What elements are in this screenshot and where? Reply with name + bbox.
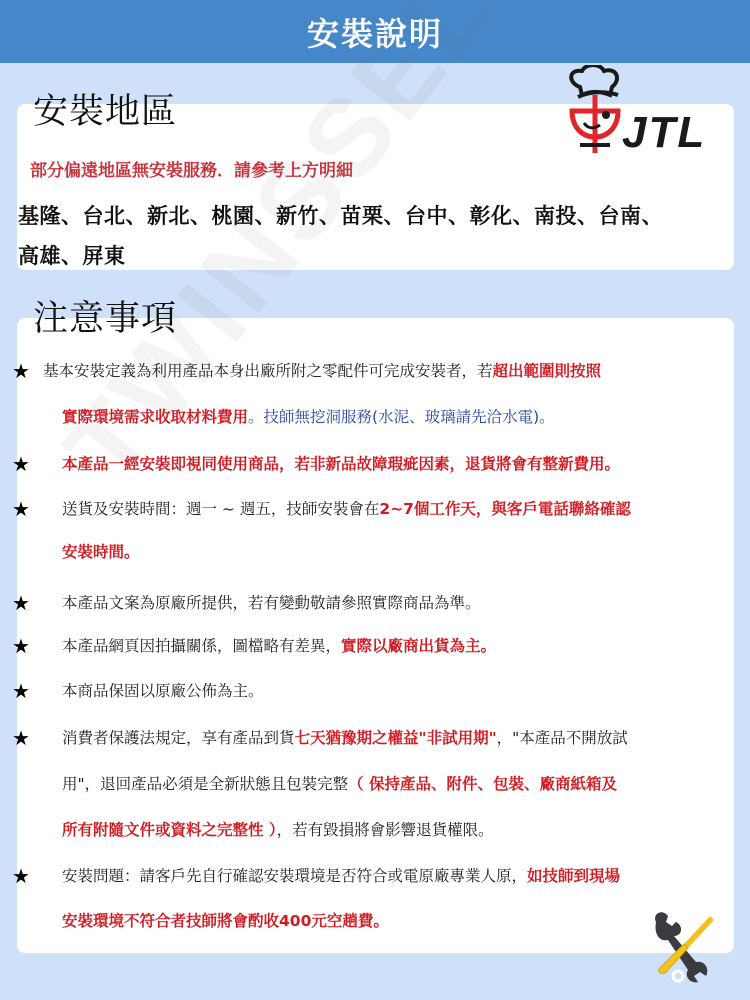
note-highlight: 超出範圍則按照 [493, 362, 602, 380]
chef-hat-icon [571, 65, 617, 95]
note-highlight: 所有附隨文件或資料之完整性 ） [62, 821, 277, 839]
note-highlight: 實際環境需求收取材料費用 [62, 408, 248, 426]
note-highlight: 本產品一經安裝即視同使用商品，若非新品故障瑕疵因素，退貨將會有整新費用。 [62, 455, 620, 473]
page-title: 安裝說明 [307, 9, 443, 55]
page-header: 安裝說明 [0, 0, 750, 63]
note-highlight: 2~7個工作天，與客戶電話聯絡確認 [379, 500, 631, 518]
star-icon: ★ [12, 632, 30, 660]
note-text: ，"本產品不開放試 [497, 729, 628, 747]
note-highlight: 七天猶豫期之權益"非試用期" [295, 729, 497, 747]
notes-title: 注意事項 [33, 291, 177, 341]
jtl-logo-text: JTL [622, 108, 706, 157]
note-text: 基本安裝定義為利用產品本身出廠所附之零配件可完成安裝者，若 [43, 362, 493, 380]
star-icon: ★ [12, 589, 30, 617]
note-text: 送貨及安裝時間：週一 ~ 週五，技師安裝會在 [62, 500, 379, 518]
note-text: 消費者保護法規定，享有產品到貨 [62, 729, 295, 747]
note-text: 。 [248, 408, 264, 426]
star-icon: ★ [12, 357, 30, 385]
note-highlight: 安裝環境不符合者技師將會酌收400元空趟費。 [62, 912, 389, 930]
star-icon: ★ [12, 495, 30, 523]
note-highlight: 安裝時間。 [62, 543, 140, 561]
star-icon: ★ [12, 724, 30, 752]
region-line-1: 基隆、台北、新北、桃園、新竹、苗栗、台中、彰化、南投、台南、 [18, 196, 734, 236]
install-area-note: 部分偏遠地區無安裝服務．請參考上方明細 [30, 156, 353, 181]
note-text: 安裝問題：請客戶先自行確認安裝環境是否符合或電原廠專業人原， [62, 867, 527, 885]
note-text: 本商品保固以原廠公佈為主。 [62, 682, 264, 700]
note-blue-text: 技師無挖洞服務(水泥、玻璃請先洽水電)。 [264, 408, 555, 426]
note-text: 本產品文案為原廠所提供，若有變動敬請參照實際商品為準。 [62, 594, 481, 612]
wrench-screwdriver-icon [648, 910, 718, 985]
note-text: ，若有毀損將會影響退貨權限。 [277, 821, 494, 839]
install-region-list: 基隆、台北、新北、桃園、新竹、苗栗、台中、彰化、南投、台南、 高雄、屏東 [18, 196, 734, 276]
star-icon: ★ [12, 862, 30, 890]
note-highlight: 如技師到現場 [527, 867, 620, 885]
note-highlight: （ 保持產品、附件、包裝、廠商紙箱及 [348, 775, 617, 793]
jtl-logo: JTL [560, 65, 735, 160]
star-icon: ★ [12, 450, 30, 478]
region-line-2: 高雄、屏東 [18, 236, 734, 276]
star-icon: ★ [12, 677, 30, 705]
note-text: 用"，退回產品必須是全新狀態且包裝完整 [62, 775, 348, 793]
note-highlight: 實際以廠商出貨為主。 [341, 637, 496, 655]
install-area-title: 安裝地區 [33, 84, 177, 134]
note-text: 本產品網頁因拍攝關係，圖檔略有差異， [62, 637, 341, 655]
